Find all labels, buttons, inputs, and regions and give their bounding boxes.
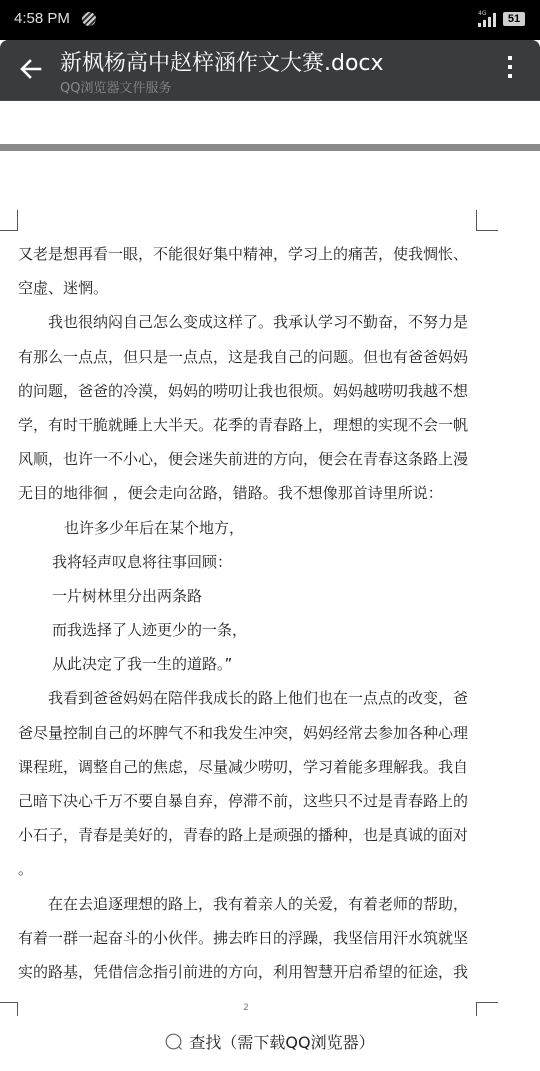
- doc-line: 学，有时干脆就睡上大半天。花季的青春路上，理想的实现不会一帆: [18, 408, 478, 442]
- corner-mark-top-left: [0, 210, 18, 231]
- doc-line: 。: [18, 852, 478, 886]
- status-time: 4:58 PM: [14, 10, 70, 27]
- doc-line: 有那么一点点，但只是一点点，这是我自己的问题。但也有爸爸妈妈: [18, 340, 478, 374]
- poem-line: 一片树林里分出两条路: [18, 579, 478, 613]
- doc-line: 实的路基，凭借信念指引前进的方向，利用智慧开启希望的征途，我: [18, 955, 478, 989]
- app-bar: 新枫杨高中赵梓涵作文大赛.docx QQ浏览器文件服务: [0, 40, 540, 100]
- doc-line: 爸尽量控制自己的坏脾气不和我发生冲突，妈妈经常去参加各种心理: [18, 716, 478, 750]
- arrow-left-icon[interactable]: [18, 56, 44, 82]
- poem-line: 而我选择了人迹更少的一条，: [18, 613, 478, 647]
- corner-mark-top-right: [476, 210, 498, 231]
- poem-line: 也许多少年后在某个地方，: [18, 511, 478, 545]
- search-icon: [165, 1033, 183, 1051]
- doc-line: 在在去追逐理想的路上，我有着亲人的关爱，有着老师的帮助，: [18, 887, 478, 921]
- page-separator: [0, 144, 540, 151]
- doc-line: 又老是想再看一眼，不能很好集中精神，学习上的痛苦，使我惆怅、: [18, 237, 478, 271]
- doc-line: 的问题，爸爸的冷漠，妈妈的唠叨让我也很烦。妈妈越唠叨我越不想: [18, 374, 478, 408]
- signal-icon: [478, 13, 498, 27]
- document-subtitle: QQ浏览器文件服务: [60, 77, 171, 96]
- poem-line: 从此决定了我一生的道路。”: [18, 647, 478, 681]
- page-divider: [0, 100, 540, 101]
- poem-line: 我将轻声叹息将往事回顾：: [18, 545, 478, 579]
- doc-line: 我看到爸爸妈妈在陪伴我成长的路上他们也在一点点的改变，爸: [18, 681, 478, 715]
- find-label: 查找（需下载QQ浏览器）: [189, 1030, 374, 1053]
- find-button[interactable]: 查找（需下载QQ浏览器）: [0, 1030, 540, 1062]
- doc-line: 我也很纳闷自己怎么变成这样了。我承认学习不勤奋，不努力是: [18, 305, 478, 339]
- doc-line: 己暗下决心千万不要自暴自弃，停滞不前，这些只不过是青春路上的: [18, 784, 478, 818]
- doc-line: 课程班，调整自己的焦虑，尽量减少唠叨，学习着能多理解我。我自: [18, 750, 478, 784]
- doc-line: 小石子，青春是美好的，青春的路上是顽强的播种，也是真诚的面对: [18, 818, 478, 852]
- more-vertical-icon[interactable]: [500, 56, 520, 84]
- doc-line: 有着一群一起奋斗的小伙伴。拂去昨日的浮躁，我坚信用汗水筑就坚: [18, 921, 478, 955]
- doc-line: 空虚、迷惘。: [18, 271, 478, 305]
- doc-line: 风顺，也许一不小心，便会迷失前进的方向，便会在青春这条路上漫: [18, 442, 478, 476]
- doc-line: 无目的地徘徊 ，便会走向岔路，错路。我不想像那首诗里所说：: [18, 476, 478, 510]
- document-title: 新枫杨高中赵梓涵作文大赛.docx: [60, 46, 384, 77]
- page-number: 2: [0, 1003, 492, 1013]
- carrier-icon: [82, 12, 96, 26]
- document-body: 又老是想再看一眼，不能很好集中精神，学习上的痛苦，使我惆怅、 空虚、迷惘。 我也…: [18, 237, 478, 989]
- battery-icon: 51: [503, 12, 525, 26]
- status-bar: 4:58 PM 4G 51: [0, 0, 540, 40]
